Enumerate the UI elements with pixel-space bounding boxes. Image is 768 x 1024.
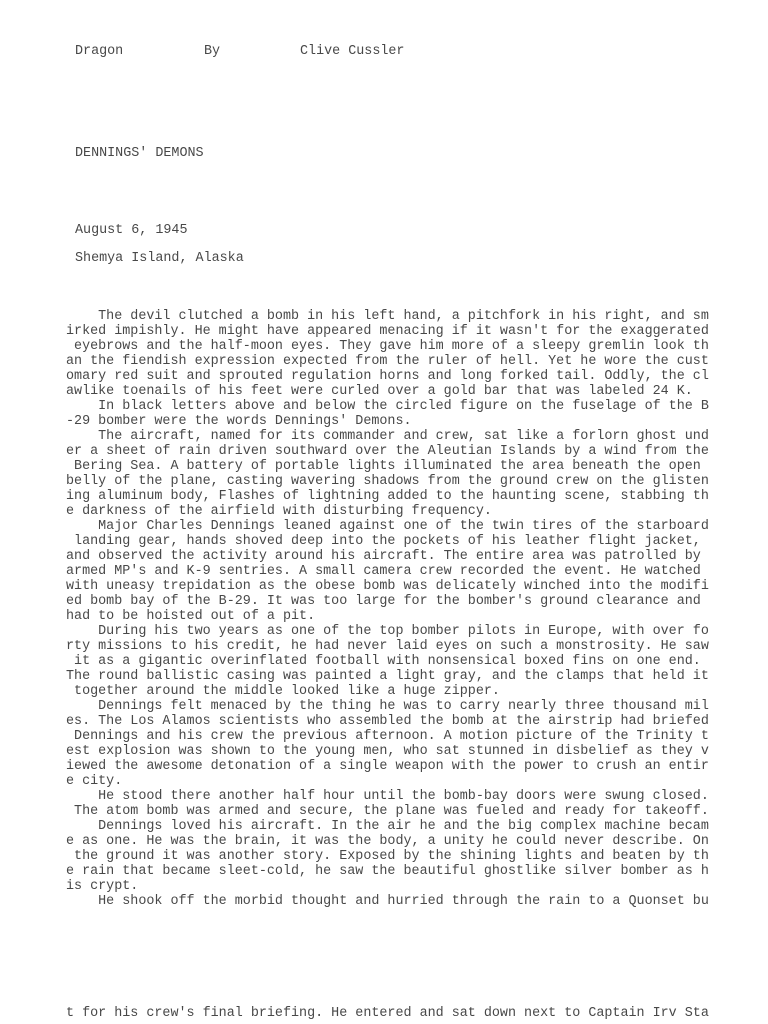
document-page: Dragon By Clive Cussler DENNINGS' DEMONS… <box>0 0 768 1024</box>
byline-label: By <box>204 44 220 59</box>
page-header: Dragon By Clive Cussler <box>0 44 768 59</box>
next-page-first-line: t for his crew's final briefing. He ente… <box>66 1006 709 1021</box>
chapter-location: Shemya Island, Alaska <box>75 251 244 266</box>
book-title: Dragon <box>75 44 123 59</box>
author-name: Clive Cussler <box>300 44 404 59</box>
chapter-date: August 6, 1945 <box>75 223 188 238</box>
body-text: The devil clutched a bomb in his left ha… <box>66 309 709 909</box>
chapter-title: DENNINGS' DEMONS <box>75 146 204 161</box>
